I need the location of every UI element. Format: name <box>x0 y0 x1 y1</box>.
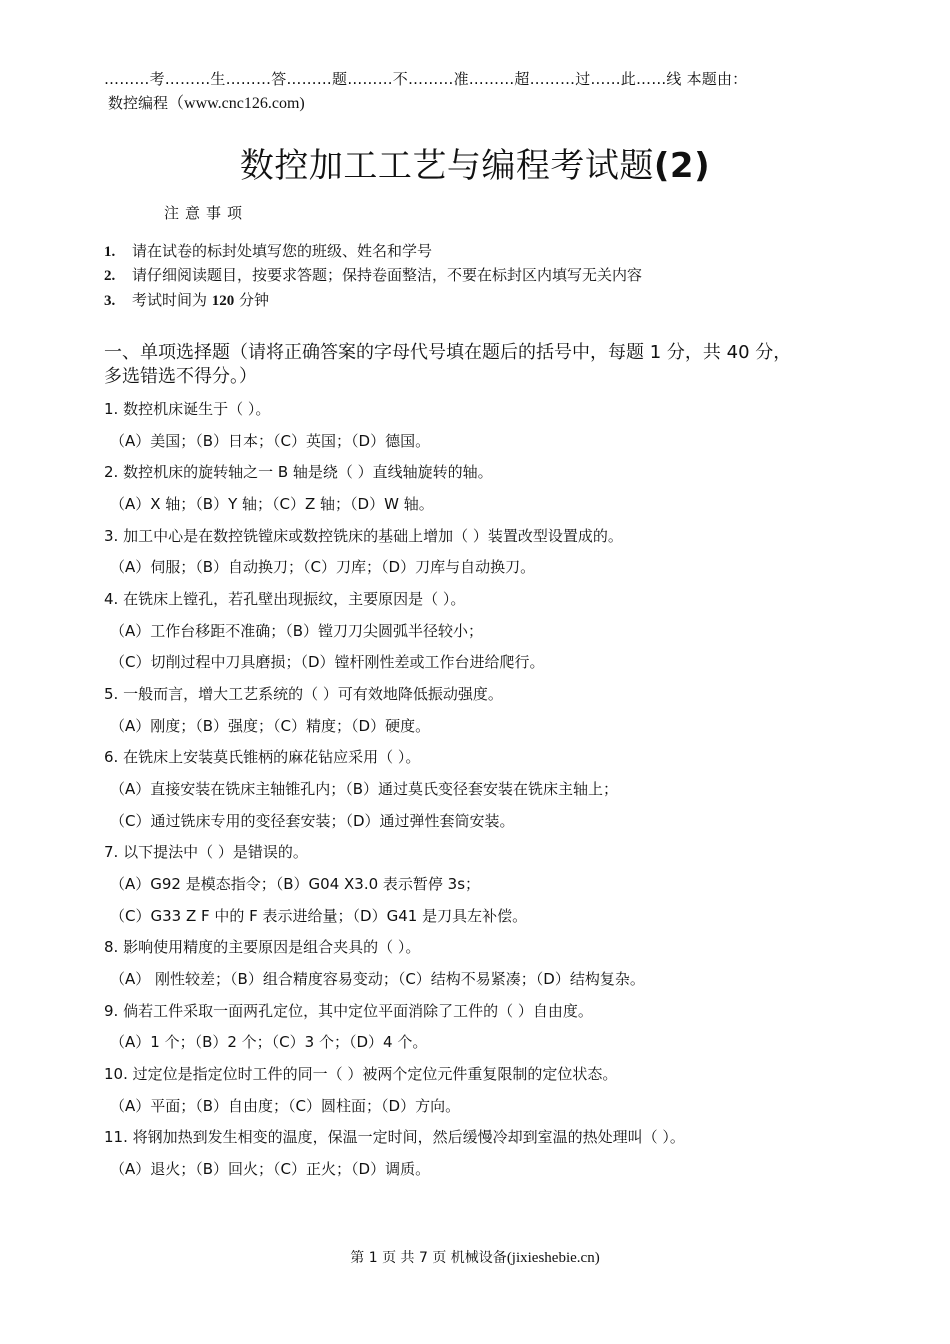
page-number: 第 1 页 共 7 页 机械设备 <box>350 1250 507 1266</box>
question-10: 10. 过定位是指定位时工件的同一（ ）被两个定位元件重复限制的定位状态。 <box>104 1063 617 1084</box>
title-text: 数控加工工艺与编程考试题 <box>240 146 654 186</box>
question-9-options: （A）1 个；（B）2 个；（C）3 个；（D）4 个。 <box>110 1031 427 1052</box>
question-11: 11. 将钢加热到发生相变的温度，保温一定时间，然后缓慢冷却到室温的热处理叫（ … <box>104 1126 685 1147</box>
notice-number: 3. <box>104 293 132 310</box>
page-title: 数控加工工艺与编程考试题(2) <box>0 138 950 187</box>
question-4-options-2: （C）切削过程中刀具磨损；（D）镗杆刚性差或工作台进给爬行。 <box>110 651 545 672</box>
notice-duration: 120 <box>212 293 235 309</box>
notice-number: 1. <box>104 244 132 261</box>
seal-line: ………考………生………答………题………不………准………超………过……此……线 本… <box>104 68 747 89</box>
notice-item: 2.请仔细阅读题目，按要求答题；保持卷面整洁，不要在标封区内填写无关内容 <box>104 264 642 285</box>
notice-text: 考试时间为 <box>132 291 212 309</box>
notice-text: 请在试卷的标封处填写您的班级、姓名和学号 <box>132 242 432 260</box>
question-2: 2. 数控机床的旋转轴之一 B 轴是绕（ ）直线轴旋转的轴。 <box>104 461 493 482</box>
section-heading-cont: 多选错选不得分。） <box>104 362 257 388</box>
notice-item: 3.考试时间为 120 分钟 <box>104 289 269 310</box>
question-11-options: （A）退火；（B）回火；（C）正火；（D）调质。 <box>110 1158 430 1179</box>
notice-item: 1.请在试卷的标封处填写您的班级、姓名和学号 <box>104 240 432 261</box>
question-7: 7. 以下提法中（ ）是错误的。 <box>104 841 308 862</box>
title-number: (2) <box>654 146 710 186</box>
question-5-options: （A）刚度；（B）强度；（C）精度；（D）硬度。 <box>110 715 430 736</box>
footer-site: (jixieshebie.cn) <box>507 1250 600 1266</box>
notice-heading: 注意事项 <box>164 202 248 223</box>
question-8: 8. 影响使用精度的主要原因是组合夹具的（ ）。 <box>104 936 420 957</box>
question-1-options: （A）美国；（B）日本；（C）英国；（D）德国。 <box>110 430 430 451</box>
question-3: 3. 加工中心是在数控铣镗床或数控铣床的基础上增加（ ）装置改型设置成的。 <box>104 525 623 546</box>
notice-number: 2. <box>104 268 132 285</box>
question-10-options: （A）平面；（B）自由度；（C）圆柱面；（D）方向。 <box>110 1095 460 1116</box>
question-8-options: （A） 刚性较差；（B）组合精度容易变动；（C）结构不易紧凑；（D）结构复杂。 <box>110 968 645 989</box>
question-9: 9. 倘若工件采取一面两孔定位，其中定位平面消除了工件的（ ）自由度。 <box>104 1000 593 1021</box>
question-5: 5. 一般而言，增大工艺系统的（ ）可有效地降低振动强度。 <box>104 683 503 704</box>
question-3-options: （A）伺服；（B）自动换刀；（C）刀库；（D）刀库与自动换刀。 <box>110 556 535 577</box>
question-6: 6. 在铣床上安装莫氏锥柄的麻花钻应采用（ ）。 <box>104 746 420 767</box>
question-2-options: （A）X 轴；（B）Y 轴；（C）Z 轴；（D）W 轴。 <box>110 493 434 514</box>
question-6-options-1: （A）直接安装在铣床主轴锥孔内；（B）通过莫氏变径套安装在铣床主轴上； <box>110 778 618 799</box>
question-6-options-2: （C）通过铣床专用的变径套安装；（D）通过弹性套筒安装。 <box>110 810 515 831</box>
page-footer: 第 1 页 共 7 页 机械设备(jixieshebie.cn) <box>0 1247 950 1267</box>
question-7-options-1: （A）G92 是模态指令；（B）G04 X3.0 表示暂停 3s； <box>110 873 480 894</box>
question-4: 4. 在铣床上镗孔，若孔壁出现振纹，主要原因是（ ）。 <box>104 588 465 609</box>
source-name: 数控编程 <box>108 94 168 112</box>
question-7-options-2: （C）G33 Z F 中的 F 表示进给量；（D）G41 是刀具左补偿。 <box>110 905 527 926</box>
question-4-options-1: （A）工作台移距不准确；（B）镗刀刀尖圆弧半径较小； <box>110 620 483 641</box>
notice-text: 请仔细阅读题目，按要求答题；保持卷面整洁，不要在标封区内填写无关内容 <box>132 266 642 284</box>
source-url: （www.cnc126.com) <box>168 95 305 112</box>
question-1: 1. 数控机床诞生于（ ）。 <box>104 398 270 419</box>
notice-text-end: 分钟 <box>234 291 269 309</box>
section-heading: 一、单项选择题（请将正确答案的字母代号填在题后的括号中，每题 1 分，共 40 … <box>104 338 791 364</box>
source-credit: 数控编程（www.cnc126.com) <box>108 90 305 113</box>
